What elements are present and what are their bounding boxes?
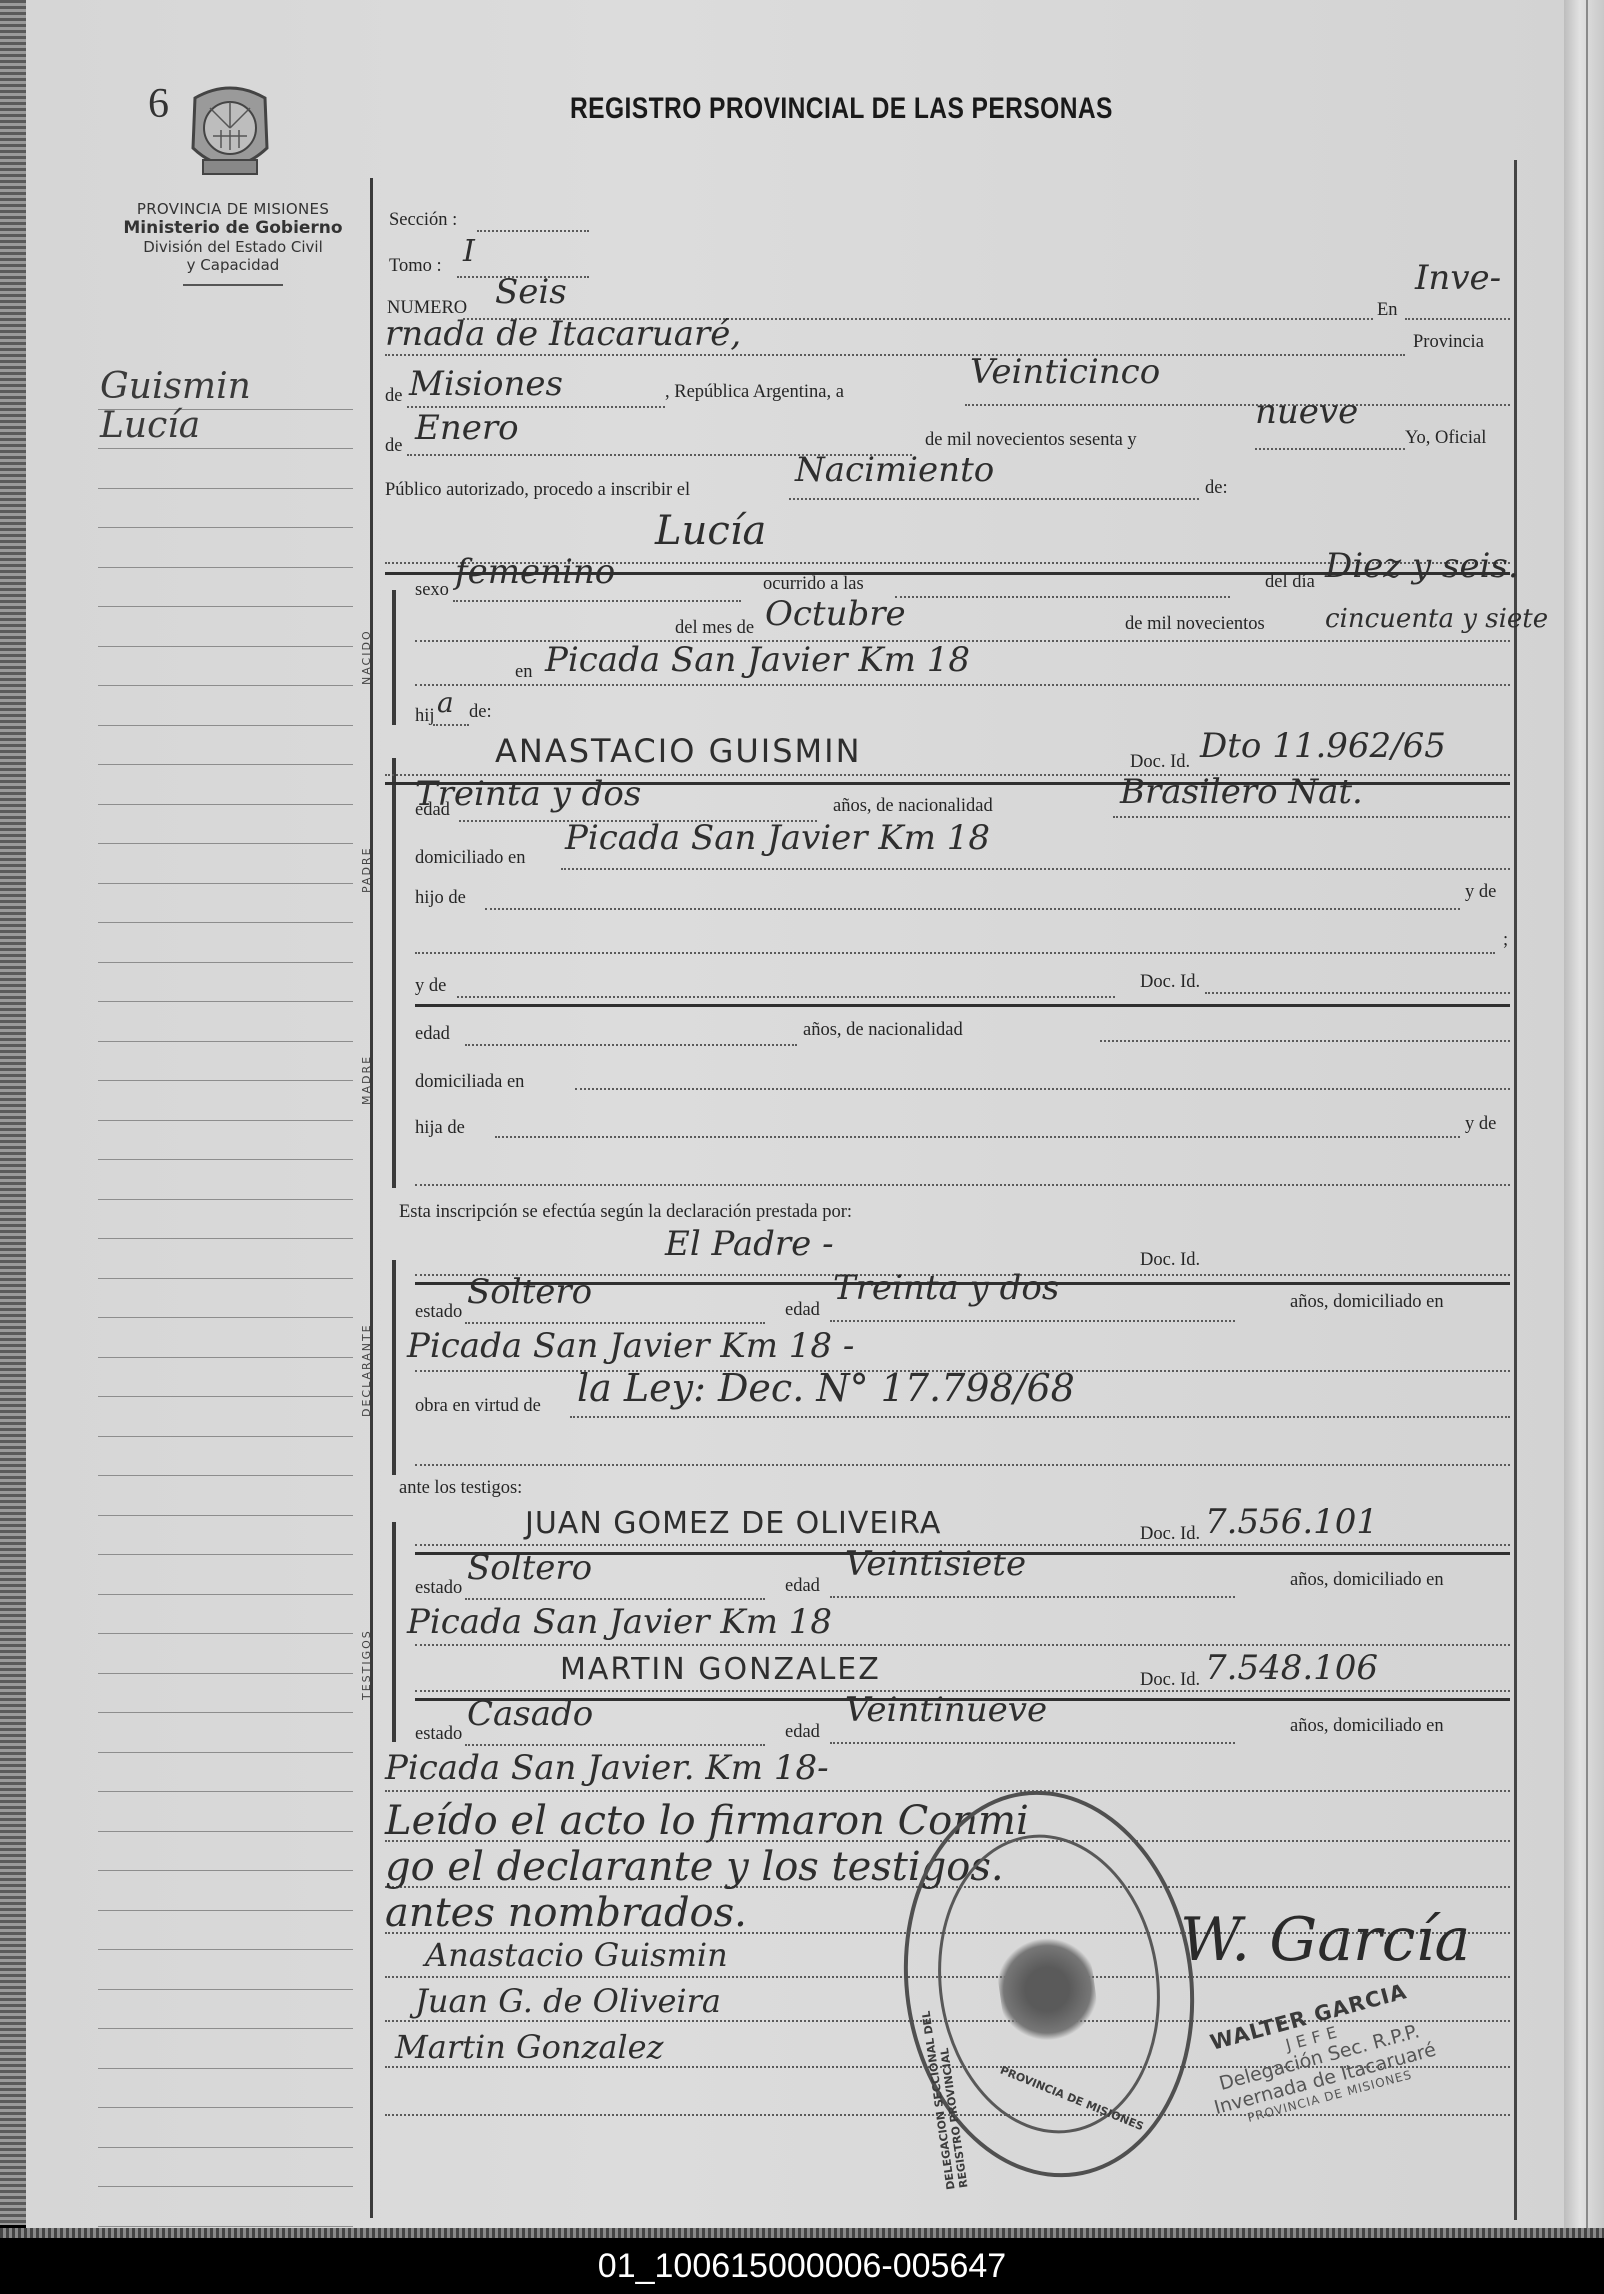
witness-1-dom-field[interactable] [415,1644,1510,1646]
acto-field[interactable] [789,498,1199,500]
sexo-label: sexo [415,580,449,601]
margin-line [98,1832,353,1872]
padre-hijo-de-label: hijo de [415,888,466,909]
witness-2-dom-field[interactable] [385,1790,1510,1792]
margin-line [98,1990,353,2030]
declarante-edad-label: edad [785,1300,820,1321]
padre-y-de-label: y de [1465,882,1496,903]
margin-line [98,1397,353,1437]
oficial-label: Yo, Oficial [1405,428,1486,449]
de3-label: de: [1205,478,1228,499]
madre-hija-de-label: hija de [415,1118,465,1139]
en-label: En [1377,300,1398,321]
place-field[interactable] [385,354,1405,356]
madre-y-de2-label: y de [1465,1114,1496,1135]
witness-2-dom-label: años, domiciliado en [1290,1716,1444,1737]
seccion-label: Sección : [389,210,457,231]
day-field[interactable] [965,404,1510,406]
padre-dom-value: Picada San Javier Km 18 [565,818,990,858]
margin-line [98,607,353,647]
padre-bracket [392,758,396,980]
declarante-dom-label: años, domiciliado en [1290,1292,1444,1313]
madre-dom-label: domiciliada en [415,1072,524,1093]
declarante-intro: Esta inscripción se efectúa según la dec… [399,1202,852,1223]
witness-1-edad-label: edad [785,1576,820,1597]
hora-field[interactable] [895,596,1230,598]
margin-line [98,1713,353,1753]
dia-value: Diez y seis. [1325,546,1519,586]
madre-bracket [392,978,396,1188]
tomo-label: Tomo : [389,256,442,277]
padre-semicolon: ; [1503,930,1508,951]
declarante-end-field[interactable] [415,1464,1510,1466]
document-title: REGISTRO PROVINCIAL DE LAS PERSONAS [570,92,1113,126]
novecientos-label: de mil novecientos [1125,614,1265,635]
margin-line [98,1476,353,1516]
declarante-obra-field[interactable] [570,1416,1510,1418]
month-value: Enero [415,408,519,448]
testigos-section-label: TESTIGOS [360,1600,390,1730]
witness-1-estado-field[interactable] [465,1598,765,1600]
margin-line [98,1634,353,1674]
en-field[interactable] [1405,318,1510,320]
right-border [1514,160,1517,2220]
padre-nac-value: Brasilero Nat. [1120,772,1363,812]
section-rule [415,1004,1510,1007]
declarante-estado-label: estado [415,1302,462,1323]
hijo-suffix: a [437,686,454,719]
margin-line [98,1516,353,1556]
margin-line-surname: Guismin [98,370,353,410]
padre-y-de-field[interactable] [415,952,1495,954]
margin-line [98,1792,353,1832]
madre-edad-field[interactable] [465,1044,797,1046]
lugar-value: Picada San Javier Km 18 [545,640,970,680]
witness-2-edad-field[interactable] [830,1742,1235,1744]
hijo-de-label: de: [469,702,492,723]
witness-1-doc-value: 7.556.101 [1205,1502,1378,1542]
hijo-suffix-field[interactable] [433,724,469,726]
witness-2-name: MARTIN GONZALEZ [560,1652,881,1687]
acto-value: Nacimiento [795,450,994,490]
margin-line [98,2029,353,2069]
margin-line [98,1279,353,1319]
madre-y-de-label: y de [415,976,446,997]
stamp-ring-text: DELEGACION SECCIONAL DEL REGISTRO PROVIN… [884,1776,1214,2191]
page-edge [1564,0,1604,2228]
padre-nac-label: años, de nacionalidad [833,796,993,817]
witness-2-doc-value: 7.548.106 [1205,1648,1378,1688]
madre-doc-label: Doc. Id. [1140,972,1200,993]
witness-1-name: JUAN GOMEZ DE OLIVEIRA [525,1506,941,1541]
margin-line [98,1437,353,1477]
margin-line [98,805,353,845]
madre-doc-field[interactable] [1205,992,1510,994]
witness-1-dom-value: Picada San Javier Km 18 [407,1602,832,1642]
margin-line [98,489,353,529]
page-number: 6 [148,80,169,128]
child-name: Lucía [655,508,766,554]
mes-value: Octubre [765,594,906,634]
padre-dom-label: domiciliado en [415,848,525,869]
witness-1-edad-field[interactable] [830,1596,1235,1598]
witness-2-edad-value: Veintinueve [845,1690,1047,1730]
margin-line [98,1081,353,1121]
witness-2-signature: Martin Gonzalez [395,2028,663,2066]
testigos-intro: ante los testigos: [399,1478,522,1499]
declarante-obra-label: obra en virtud de [415,1396,541,1417]
day-value: Veinticinco [970,352,1160,392]
margin-line [98,1042,353,1082]
margin-line [98,686,353,726]
nacido-bracket [392,590,396,725]
sexo-value: femenino [455,552,615,592]
margin-given-name: Lucía [100,405,200,446]
agency-division: División del Estado Civil [92,238,374,256]
tomo-value: I [463,234,475,269]
testigos-bracket [392,1522,396,1742]
anio-value: cincuenta y siete [1325,604,1548,634]
lugar-field[interactable] [415,684,1510,686]
witness-2-doc-label: Doc. Id. [1140,1670,1200,1691]
margin-line [98,1200,353,1240]
margin-divider [370,178,373,2218]
ocurrido-label: ocurrido a las [763,574,864,595]
margin-line [98,1318,353,1358]
year-label: de mil novecientos sesenta y [925,430,1137,451]
witness-1-doc-label: Doc. Id. [1140,1524,1200,1545]
coat-of-arms-icon [185,78,275,188]
margin-line [98,884,353,924]
madre-dom-field[interactable] [575,1088,1510,1090]
witness-1-estado-label: estado [415,1578,462,1599]
padre-hijo-de-field[interactable] [485,908,1460,910]
padre-section-label: PADRE [360,800,390,940]
madre-section-label: MADRE [360,1010,390,1150]
closing-text-3: antes nombrados. [385,1890,747,1936]
margin-line [98,1160,353,1200]
year-field[interactable] [1255,448,1405,450]
margin-line [98,528,353,568]
seccion-field[interactable] [477,230,589,232]
madre-name-field[interactable] [457,996,1115,998]
margin-line [98,2108,353,2148]
margin-line [98,963,353,1003]
hijo-label: hij [415,706,435,727]
declarante-edad-field[interactable] [830,1320,1235,1322]
margin-line [98,844,353,884]
margin-surname: Guismin [100,366,251,407]
margin-line [98,1358,353,1398]
heading-rule [183,284,283,286]
witness-2-edad-label: edad [785,1722,820,1743]
de2-label: de [385,436,402,457]
madre-edad-label: edad [415,1024,450,1045]
margin-line [98,1753,353,1793]
provincia-value: Misiones [409,364,563,404]
republica-label: , República Argentina, a [665,382,844,403]
margin-line [98,1871,353,1911]
dia-label: del día [1265,572,1315,593]
padre-edad-value: Treinta y dos [415,774,641,814]
stamp-text-3: PROVINCIA DE MISIONES [998,2064,1145,2134]
de-label: de [385,386,402,407]
padre-doc-label: Doc. Id. [1130,752,1190,773]
madre-y-de2-field[interactable] [415,1184,1510,1186]
agency-heading: PROVINCIA DE MISIONES Ministerio de Gobi… [92,200,374,286]
madre-hija-de-field[interactable] [495,1136,1460,1138]
numero-value: Seis [495,272,567,312]
witness-2-dom-value: Picada San Javier. Km 18- [385,1748,829,1788]
en-value: Inve- [1415,258,1501,298]
official-signature: W. García [1180,1905,1470,1975]
margin-line [98,1595,353,1635]
margin-line [98,2187,353,2227]
agency-province: PROVINCIA DE MISIONES [92,200,374,218]
padre-doc-value: Dto 11.962/65 [1200,726,1446,766]
witness-1-dom-label: años, domiciliado en [1290,1570,1444,1591]
declarante-dom-value: Picada San Javier Km 18 - [407,1326,854,1366]
margin-line [98,765,353,805]
image-caption: 01_100615000006-005647 [0,2238,1604,2294]
madre-nac-label: años, de nacionalidad [803,1020,963,1041]
margin-line [98,2148,353,2188]
margin-line [98,647,353,687]
margin-line [98,1555,353,1595]
witness-1-edad-value: Veintisiete [845,1544,1026,1584]
margin-line [98,2069,353,2109]
declarante-estado-field[interactable] [465,1322,765,1324]
en-nacido-label: en [515,662,532,683]
nacido-section-label: NACIDO [360,595,390,720]
declarante-obra-value: la Ley: Dec. N° 17.798/68 [577,1366,1075,1410]
witness-2-estado-field[interactable] [465,1744,765,1746]
declarante-edad-value: Treinta y dos [833,1268,1059,1308]
padre-dom-field[interactable] [561,868,1510,870]
margin-line [98,1674,353,1714]
witness-1-estado-value: Soltero [467,1548,592,1588]
declarante-estado-value: Soltero [467,1272,592,1312]
margin-line [98,1911,353,1951]
margin-line-given-name: Lucía [98,410,353,450]
provincia-label: Provincia [1413,332,1484,353]
year-value: nueve [1255,392,1358,432]
margin-line [98,1121,353,1161]
witness-2-estado-label: estado [415,1724,462,1745]
padre-nac-field[interactable] [1113,816,1510,818]
mes-label: del mes de [675,618,754,639]
place-value: rnada de Itacaruaré, [385,314,741,354]
registry-round-stamp: DELEGACION SECCIONAL DEL REGISTRO PROVIN… [879,1772,1218,2196]
declarante-bracket [392,1260,396,1475]
agency-division-cont: y Capacidad [92,256,374,274]
margin-line [98,1950,353,1990]
madre-nac-field[interactable] [1100,1040,1510,1042]
margin-line [98,923,353,963]
margin-line [98,1002,353,1042]
agency-ministry: Ministerio de Gobierno [92,218,374,238]
declarant-signature: Anastacio Guismin [425,1936,728,1974]
declarante-doc-label: Doc. Id. [1140,1250,1200,1271]
book-binding [0,0,26,2225]
publico-label: Público autorizado, procedo a inscribir … [385,480,690,501]
margin-line [98,568,353,608]
margin-ruled-lines: Guismin Lucía [98,370,353,2227]
padre-name: ANASTACIO GUISMIN [495,732,862,770]
declarante-name: El Padre - [665,1224,834,1264]
margin-line [98,449,353,489]
sexo-field[interactable] [453,600,741,602]
declarante-section-label: DECLARANTE [360,1290,390,1450]
binding-strip [0,2228,1604,2238]
witness-1-signature: Juan G. de Oliveira [415,1982,721,2020]
witness-2-estado-value: Casado [467,1694,593,1734]
margin-line [98,726,353,766]
margin-line [98,1239,353,1279]
